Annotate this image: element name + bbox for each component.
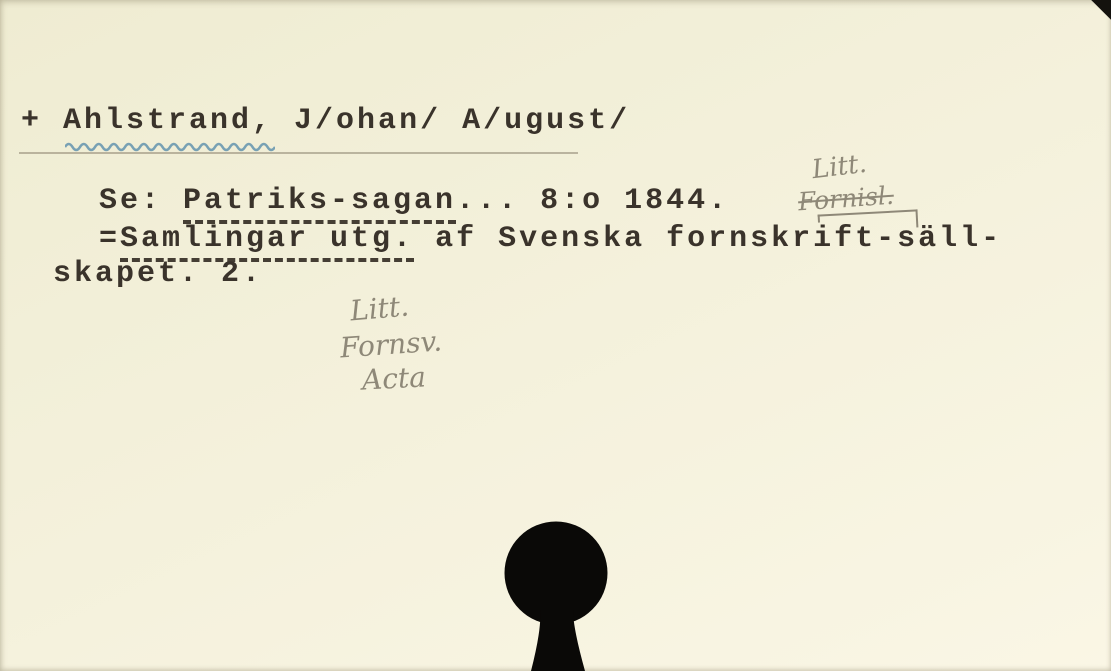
catalog-card: + Ahlstrand, J/ohan/ A/ugust/ Se: Patrik… — [0, 0, 1111, 671]
reference-title-underlined: Patriks-sagan — [183, 184, 456, 224]
heading-author-name: Ahlstrand, — [63, 104, 273, 138]
keyhole-punch-hole — [500, 520, 616, 671]
reference-suffix: ... 8:o 1844. — [456, 184, 729, 218]
series-title-underlined: Samlingar utg. — [120, 222, 414, 262]
heading-line: + Ahlstrand, J/ohan/ A/ugust/ — [21, 104, 630, 138]
pencil-note-middle-line1: Litt. — [349, 289, 411, 327]
reference-prefix: Se: — [99, 184, 183, 218]
heading-rule — [19, 152, 578, 154]
pencil-note-middle-line3: Acta — [361, 360, 426, 396]
reference-line: Se: Patriks-sagan... 8:o 1844. — [99, 184, 729, 218]
pencil-note-top-right-line1: Litt. — [810, 149, 868, 185]
heading-author-name-text: Ahlstrand, — [63, 104, 273, 138]
wavy-underline-icon — [65, 140, 275, 152]
pencil-note-middle-line2: Fornsv. — [339, 324, 443, 364]
heading-forenames: J/ohan/ A/ugust/ — [273, 104, 630, 138]
series-prefix: = — [99, 222, 120, 256]
series-line-continued: skapet. 2. — [53, 257, 263, 291]
photo-corner — [1091, 0, 1111, 20]
heading-plus-mark: + — [21, 104, 63, 138]
